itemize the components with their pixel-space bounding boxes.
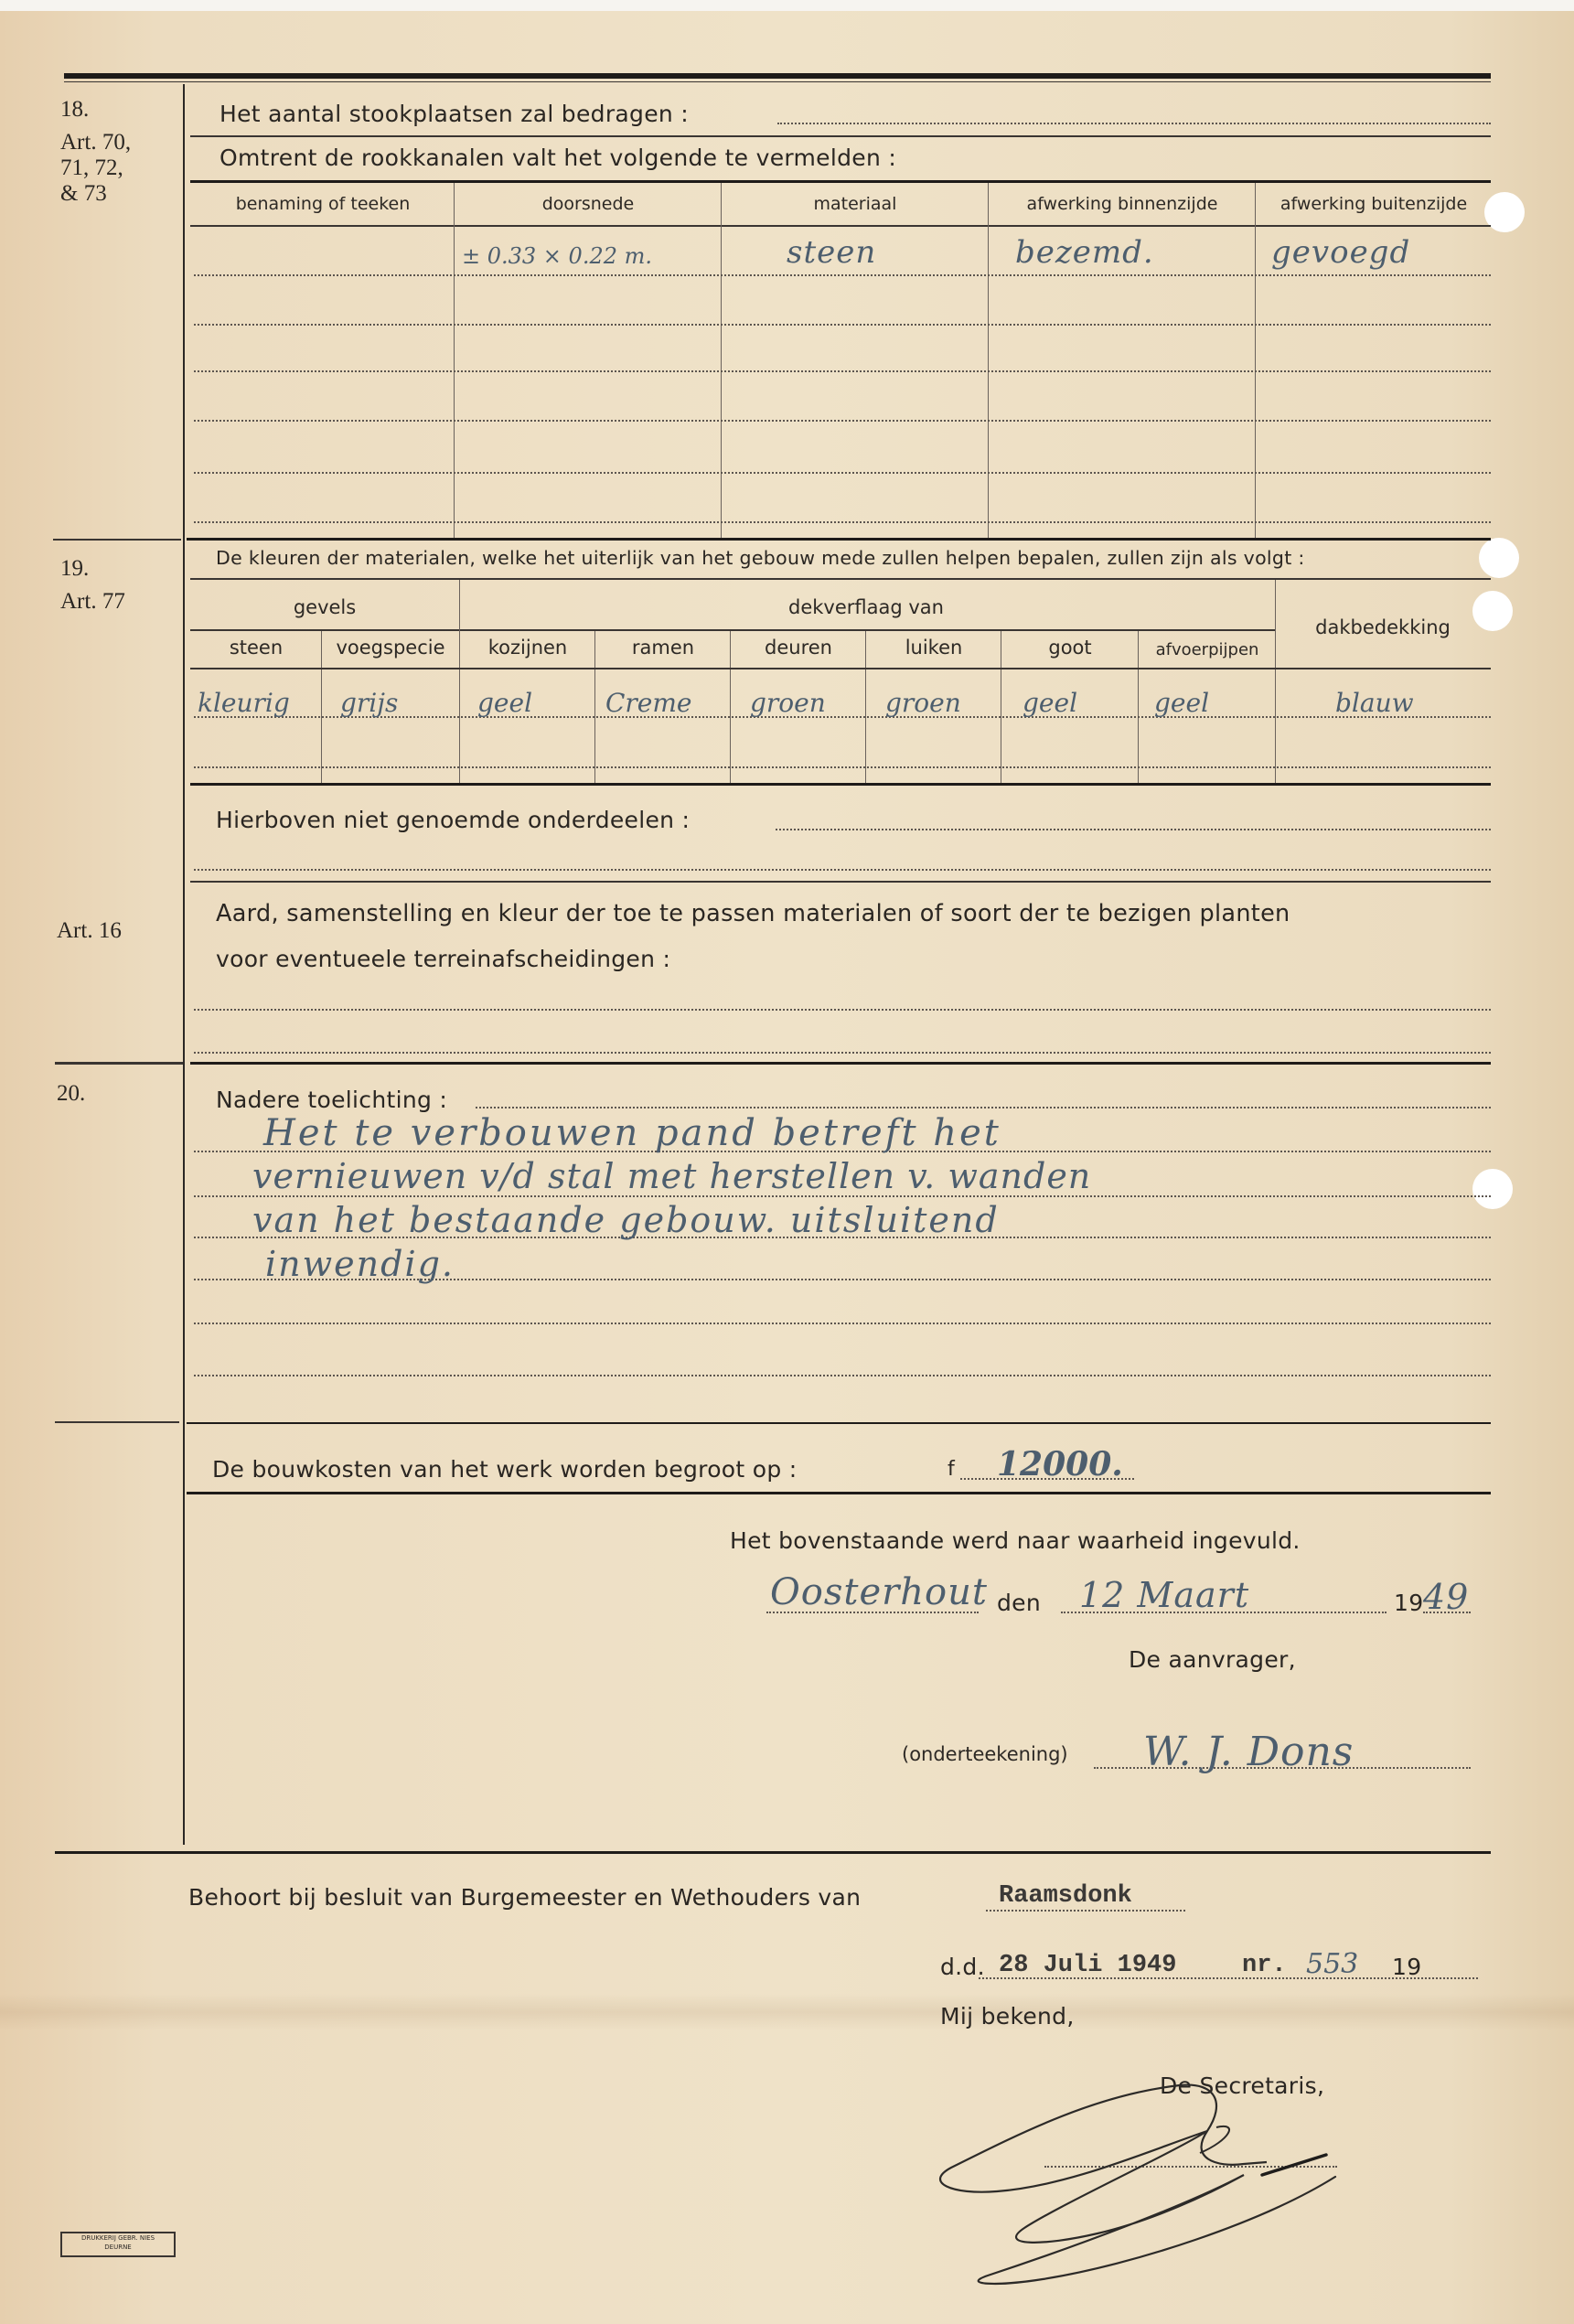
margin-rule	[55, 1062, 183, 1065]
column-header: afvoerpijpen	[1140, 640, 1275, 659]
column-divider	[988, 183, 989, 538]
aanvrager-label: De aanvrager,	[1129, 1646, 1296, 1673]
row-rule	[190, 881, 1491, 883]
column-divider	[1001, 631, 1001, 783]
municipality-field[interactable]	[986, 1910, 1185, 1912]
cell-materiaal: steen	[787, 234, 876, 271]
column-header-dakbedekking: dakbedekking	[1275, 616, 1491, 638]
kleuren-intro: De kleuren der materialen, welke het uit…	[216, 547, 1305, 569]
column-header: steen	[192, 637, 320, 659]
cell-afwerking-binnen: bezemd.	[1015, 234, 1154, 271]
group-header-dekverflaag: dekverflaag van	[459, 596, 1273, 618]
column-header: luiken	[867, 637, 1001, 659]
article-line: 71, 72,	[60, 155, 131, 181]
color-ramen: Creme	[605, 688, 692, 718]
column-divider	[1138, 631, 1139, 783]
paper-fold-shadow	[0, 1994, 1574, 2030]
cell-doorsnede: ± 0.33 × 0.22 m.	[462, 243, 652, 269]
place-value: Oosterhout	[770, 1571, 988, 1613]
top-rule	[64, 73, 1491, 79]
nadere-toelichting-label: Nadere toelichting :	[216, 1087, 447, 1113]
color-voegspecie: grijs	[340, 688, 398, 718]
printer-stamp: DRUKKERIJ GEBR. NIES DEURNE	[60, 2232, 176, 2257]
signature-label: (onderteekening)	[902, 1743, 1068, 1765]
approval-text: Behoort bij besluit van Burgemeester en …	[188, 1884, 861, 1911]
approval-nr-label: nr.	[1242, 1952, 1287, 1979]
section-rule	[187, 1422, 1491, 1424]
column-divider	[1255, 183, 1256, 538]
column-divider	[594, 631, 595, 783]
printer-name: DRUKKERIJ GEBR. NIES	[62, 2233, 174, 2243]
applicant-signature: W. J. Dons	[1143, 1729, 1354, 1775]
article-line: & 73	[60, 181, 131, 207]
approval-number: 553	[1306, 1948, 1358, 1980]
toelichting-text: van het bestaande gebouw. uitsluitend	[252, 1200, 1000, 1240]
column-header: doorsnede	[455, 194, 721, 214]
known-label: Mij bekend,	[940, 2003, 1075, 2029]
color-luiken: groen	[885, 688, 961, 718]
toelichting-line[interactable]	[476, 1107, 1491, 1108]
section-rule	[190, 1062, 1491, 1065]
margin-rule	[53, 539, 181, 541]
punch-hole	[1479, 538, 1519, 578]
stookplaatsen-label: Het aantal stookplaatsen zal bedragen :	[220, 101, 689, 127]
header-rule	[190, 225, 1491, 227]
column-divider	[865, 631, 866, 783]
table-row[interactable]	[194, 521, 1491, 523]
section-rule	[187, 538, 1491, 541]
table-row[interactable]	[194, 324, 1491, 326]
row-rule	[190, 135, 1491, 137]
table-row[interactable]	[194, 370, 1491, 372]
section-number: 20.	[57, 1081, 85, 1107]
toelichting-line[interactable]	[194, 1375, 1491, 1376]
column-header: ramen	[596, 637, 730, 659]
currency-symbol: f	[948, 1458, 955, 1481]
toelichting-line[interactable]	[194, 1323, 1491, 1324]
column-divider	[730, 631, 731, 783]
table-row[interactable]	[194, 472, 1491, 474]
article-ref: Art. 70, 71, 72, & 73	[60, 130, 131, 207]
niet-genoemd-label: Hierboven niet genoemde onderdeelen :	[216, 807, 690, 833]
niet-genoemd-field-2[interactable]	[194, 869, 1491, 871]
header-rule	[190, 668, 1491, 669]
article-ref: Art. 16	[57, 918, 122, 944]
top-rule-thin	[64, 81, 1491, 82]
section-rule	[190, 783, 1491, 786]
table-top-rule	[190, 180, 1491, 183]
bouwkosten-label: De bouwkosten van het werk worden begroo…	[212, 1456, 797, 1483]
date-value: 12 Maart	[1079, 1575, 1249, 1615]
color-kozijnen: geel	[477, 688, 532, 718]
municipality-value: Raamsdonk	[999, 1882, 1132, 1910]
toelichting-text: inwendig.	[265, 1244, 455, 1284]
niet-genoemd-field[interactable]	[776, 829, 1491, 830]
column-header: goot	[1002, 637, 1138, 659]
den-label: den	[997, 1590, 1041, 1616]
declaration-text: Het bovenstaande werd naar waarheid inge…	[730, 1527, 1301, 1554]
secretary-signature	[915, 2067, 1463, 2287]
year-prefix: 19	[1394, 1590, 1423, 1616]
terreinafscheiding-field-2[interactable]	[194, 1052, 1491, 1054]
dd-label: d.d.	[940, 1954, 985, 1980]
table-row[interactable]	[194, 766, 1491, 768]
row-rule	[190, 578, 1491, 580]
column-header: kozijnen	[461, 637, 594, 659]
color-deuren: groen	[750, 688, 826, 718]
article-line: Art. 70,	[60, 130, 131, 155]
column-header: afwerking buitenzijde	[1257, 194, 1491, 214]
section-rule	[187, 1492, 1491, 1494]
terreinafscheiding-field[interactable]	[194, 1009, 1491, 1011]
section-rule	[55, 1851, 1491, 1854]
margin-divider	[183, 84, 185, 1845]
table-row[interactable]	[194, 420, 1491, 422]
color-goot: geel	[1023, 688, 1077, 718]
stookplaatsen-field[interactable]	[777, 123, 1491, 124]
color-steen: kleurig	[198, 688, 290, 718]
column-divider	[321, 631, 322, 783]
group-rule	[190, 629, 1275, 631]
column-divider	[721, 183, 722, 538]
punch-hole	[1472, 1169, 1513, 1209]
printer-city: DEURNE	[62, 2243, 174, 2252]
scan-top-edge	[0, 0, 1574, 11]
rookkanalen-label: Omtrent de rookkanalen valt het volgende…	[220, 145, 896, 171]
column-divider	[1275, 580, 1276, 783]
column-header: voegspecie	[322, 637, 459, 659]
column-header: benaming of teeken	[192, 194, 454, 214]
table-row[interactable]	[194, 274, 1491, 276]
section-number: 19.	[60, 556, 89, 582]
year-value: 49	[1423, 1577, 1469, 1617]
column-header: deuren	[732, 637, 865, 659]
section-number: 18.	[60, 97, 89, 123]
group-header-gevels: gevels	[192, 596, 457, 618]
approval-year-prefix: 19	[1392, 1954, 1421, 1980]
column-divider	[454, 183, 455, 538]
toelichting-text: Het te verbouwen pand betreft het	[263, 1112, 1001, 1154]
color-afvoerpijpen: geel	[1154, 688, 1209, 718]
bouwkosten-value: 12000.	[997, 1445, 1123, 1483]
column-header: afwerking binnenzijde	[990, 194, 1255, 214]
toelichting-text: vernieuwen v/d stal met herstellen v. wa…	[252, 1156, 1091, 1196]
margin-rule	[55, 1421, 179, 1423]
cell-afwerking-buiten: gevoegd	[1271, 234, 1410, 271]
color-dakbedekking: blauw	[1335, 688, 1414, 718]
article-ref: Art. 77	[60, 589, 125, 615]
approval-date: 28 Juli 1949	[999, 1952, 1176, 1979]
terreinafscheiding-text-1: Aard, samenstelling en kleur der toe te …	[216, 900, 1290, 927]
column-divider	[459, 580, 460, 783]
terreinafscheiding-text-2: voor eventueele terreinafscheidingen :	[216, 946, 670, 972]
column-header: materiaal	[723, 194, 988, 214]
